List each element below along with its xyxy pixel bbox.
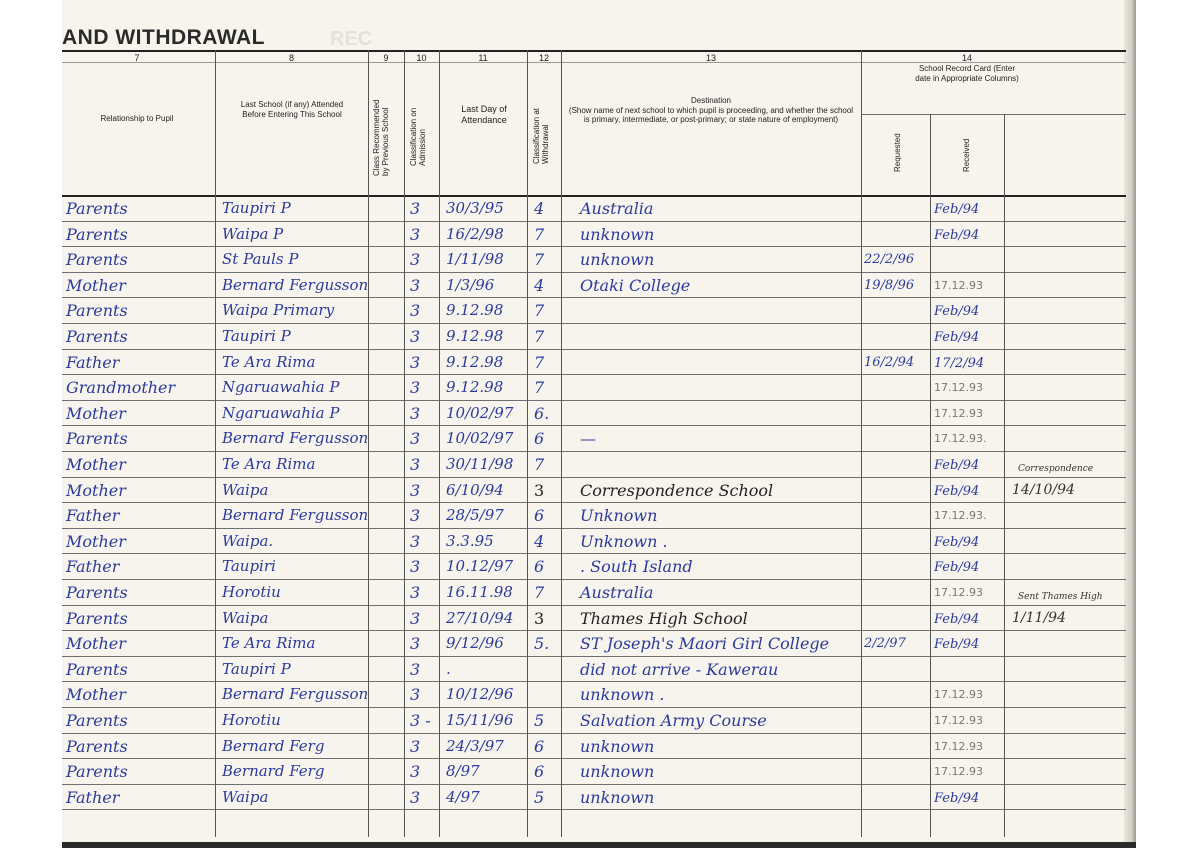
last-day-cell: 1/3/96 — [446, 278, 494, 293]
relationship-cell: Mother — [66, 687, 126, 703]
class-withdrawal-cell: 6 — [534, 764, 544, 780]
class-admission-cell: 3 — [410, 303, 420, 319]
class-admission-cell: 3 — [410, 764, 420, 780]
class-admission-cell: 3 — [410, 252, 420, 268]
row-rule — [62, 246, 1126, 247]
last-school-cell: Taupiri — [222, 559, 276, 574]
last-school-cell: Bernard Ferg — [222, 739, 324, 754]
class-admission-cell: 3 — [410, 457, 420, 473]
destination-cell: . South Island — [580, 559, 693, 575]
row-rule — [62, 605, 1126, 606]
column-rule — [368, 50, 369, 837]
class-admission-cell: 3 — [410, 611, 420, 627]
last-day-cell: 9.12.98 — [446, 355, 503, 370]
class-withdrawal-cell: 4 — [534, 201, 544, 217]
requested-cell: 2/2/97 — [864, 637, 906, 650]
last-school-cell: Bernard Fergusson — [222, 508, 368, 523]
col14-header: School Record Card (Enter date in Approp… — [912, 64, 1022, 83]
row-rule — [62, 502, 1126, 503]
last-school-cell: Te Ara Rima — [222, 355, 315, 370]
col14-requested-header: Requested — [893, 133, 902, 172]
relationship-cell: Parents — [66, 329, 128, 345]
last-day-cell: 10/12/96 — [446, 687, 513, 702]
col10-header: Classification onAdmission — [409, 108, 427, 166]
destination-cell: — — [580, 431, 596, 447]
row-rule — [62, 733, 1126, 734]
class-withdrawal-cell: 6 — [534, 431, 544, 447]
requested-cell: 16/2/94 — [864, 356, 914, 369]
last-day-cell: 4/97 — [446, 790, 480, 805]
row-rule — [62, 323, 1126, 324]
last-school-cell: Ngaruawahia P — [222, 380, 340, 395]
class-admission-cell: 3 — [410, 739, 420, 755]
last-day-cell: 8/97 — [446, 764, 480, 779]
last-school-cell: Waipa P — [222, 227, 283, 242]
relationship-cell: Parents — [66, 764, 128, 780]
last-school-cell: Bernard Fergusson — [222, 687, 368, 702]
row-rule — [62, 451, 1126, 452]
row-rule — [62, 349, 1126, 350]
last-school-cell: Taupiri P — [222, 201, 291, 216]
last-school-cell: Taupiri P — [222, 329, 291, 344]
row-rule — [62, 400, 1126, 401]
destination-cell: ST Joseph's Maori Girl College — [580, 636, 829, 652]
col12-header: Classification atWithdrawal — [532, 108, 550, 164]
row-rule — [62, 758, 1126, 759]
class-admission-cell: 3 - — [410, 713, 431, 729]
received-cell: Feb/94 — [934, 485, 979, 498]
row-rule — [62, 656, 1126, 657]
class-withdrawal-cell: 7 — [534, 252, 544, 268]
relationship-cell: Father — [66, 355, 119, 371]
row-rule — [62, 579, 1126, 580]
row-rule — [62, 630, 1126, 631]
destination-cell: Australia — [580, 201, 653, 217]
last-school-cell: Taupiri P — [222, 662, 291, 677]
class-withdrawal-cell: 6. — [534, 406, 549, 422]
class-withdrawal-cell: 5 — [534, 713, 544, 729]
last-day-cell: . — [446, 662, 451, 677]
received-cell: 17.12.93 — [934, 766, 983, 777]
class-withdrawal-cell: 6 — [534, 559, 544, 575]
record-card-note: Correspondence — [1018, 465, 1093, 474]
record-card-note: 1/11/94 — [1012, 611, 1066, 625]
class-admission-cell: 3 — [410, 687, 420, 703]
column-rule — [439, 50, 440, 837]
class-admission-cell: 3 — [410, 278, 420, 294]
received-cell: 17.12.93 — [934, 382, 983, 393]
column-rule — [861, 50, 862, 837]
class-admission-cell: 3 — [410, 380, 420, 396]
received-cell: Feb/94 — [934, 203, 979, 216]
page-title: AND WITHDRAWAL — [62, 26, 265, 50]
destination-cell: did not arrive - Kawerau — [580, 662, 778, 678]
class-admission-cell: 3 — [410, 662, 420, 678]
class-admission-cell: 3 — [410, 227, 420, 243]
relationship-cell: Father — [66, 508, 119, 524]
column-rule — [1004, 114, 1005, 837]
destination-cell: unknown — [580, 764, 654, 780]
received-cell: Feb/94 — [934, 613, 979, 626]
last-day-cell: 3.3.95 — [446, 534, 494, 549]
row-rule — [62, 272, 1126, 273]
relationship-cell: Father — [66, 790, 119, 806]
page-bottom-edge — [62, 842, 1136, 848]
col13-header: Destination (Show name of next school to… — [566, 96, 856, 125]
relationship-cell: Parents — [66, 227, 128, 243]
relationship-cell: Parents — [66, 739, 128, 755]
table-top-rule — [62, 50, 1126, 52]
row-rule — [62, 681, 1126, 682]
last-day-cell: 10.12/97 — [446, 559, 513, 574]
relationship-cell: Parents — [66, 431, 128, 447]
received-cell: 17.12.93 — [934, 587, 983, 598]
row-rule — [62, 553, 1126, 554]
col8-header: Last School (if any) Attended Before Ent… — [232, 100, 352, 119]
class-withdrawal-cell: 7 — [534, 585, 544, 601]
received-cell: 17.12.93 — [934, 280, 983, 291]
class-admission-cell: 3 — [410, 355, 420, 371]
relationship-cell: Parents — [66, 252, 128, 268]
relationship-cell: Mother — [66, 457, 126, 473]
destination-cell: Unknown . — [580, 534, 668, 550]
destination-cell: Unknown — [580, 508, 657, 524]
last-day-cell: 16.11.98 — [446, 585, 513, 600]
class-withdrawal-cell: 3 — [534, 611, 544, 627]
last-day-cell: 30/11/98 — [446, 457, 513, 472]
bleed-through-title: REC — [330, 28, 372, 51]
col9-header: Class Recommendedby Previous School — [372, 100, 390, 176]
received-cell: 17.12.93. — [934, 433, 986, 444]
class-withdrawal-cell: 6 — [534, 739, 544, 755]
last-day-cell: 24/3/97 — [446, 739, 504, 754]
last-day-cell: 10/02/97 — [446, 406, 513, 421]
column-rule — [561, 50, 562, 837]
class-withdrawal-cell: 5 — [534, 790, 544, 806]
destination-cell: Australia — [580, 585, 653, 601]
column-rule — [404, 50, 405, 837]
received-cell: Feb/94 — [934, 459, 979, 472]
row-rule — [62, 809, 1126, 810]
col14-received-header: Received — [962, 139, 971, 172]
last-school-cell: Waipa — [222, 611, 268, 626]
class-withdrawal-cell: 4 — [534, 278, 544, 294]
destination-cell: unknown — [580, 227, 654, 243]
received-cell: Feb/94 — [934, 561, 979, 574]
class-withdrawal-cell: 7 — [534, 329, 544, 345]
relationship-cell: Parents — [66, 713, 128, 729]
class-withdrawal-cell: 5. — [534, 636, 549, 652]
received-cell: 17.12.93 — [934, 689, 983, 700]
record-card-note: 14/10/94 — [1012, 483, 1075, 497]
last-day-cell: 9/12/96 — [446, 636, 504, 651]
received-cell: 17.12.93 — [934, 715, 983, 726]
class-admission-cell: 3 — [410, 585, 420, 601]
class-admission-cell: 3 — [410, 201, 420, 217]
received-cell: Feb/94 — [934, 331, 979, 344]
column-rule — [527, 50, 528, 837]
row-rule — [62, 477, 1126, 478]
class-withdrawal-cell: 6 — [534, 508, 544, 524]
class-withdrawal-cell: 4 — [534, 534, 544, 550]
received-cell: Feb/94 — [934, 792, 979, 805]
relationship-cell: Grandmother — [66, 380, 175, 396]
relationship-cell: Mother — [66, 534, 126, 550]
col7-header: Relationship to Pupil — [72, 114, 202, 124]
row-rule — [62, 374, 1126, 375]
destination-cell: unknown — [580, 790, 654, 806]
last-day-cell: 30/3/95 — [446, 201, 504, 216]
last-day-cell: 10/02/97 — [446, 431, 513, 446]
destination-cell: Thames High School — [580, 611, 748, 627]
header-number-rule — [62, 62, 1126, 63]
requested-cell: 19/8/96 — [864, 279, 914, 292]
received-cell: 17/2/94 — [934, 357, 984, 370]
requested-cell: 22/2/96 — [864, 253, 914, 266]
last-day-cell: 6/10/94 — [446, 483, 504, 498]
relationship-cell: Parents — [66, 303, 128, 319]
header-bottom-rule — [62, 195, 1126, 197]
class-admission-cell: 3 — [410, 636, 420, 652]
last-school-cell: Waipa Primary — [222, 303, 334, 318]
class-admission-cell: 3 — [410, 559, 420, 575]
class-withdrawal-cell: 3 — [534, 483, 544, 499]
received-cell: Feb/94 — [934, 638, 979, 651]
last-day-cell: 15/11/96 — [446, 713, 513, 728]
relationship-cell: Parents — [66, 201, 128, 217]
last-school-cell: Waipa — [222, 790, 268, 805]
relationship-cell: Parents — [66, 611, 128, 627]
last-day-cell: 9.12.98 — [446, 329, 503, 344]
class-admission-cell: 3 — [410, 329, 420, 345]
row-rule — [62, 297, 1126, 298]
class-withdrawal-cell: 7 — [534, 457, 544, 473]
last-school-cell: Waipa. — [222, 534, 273, 549]
relationship-cell: Parents — [66, 585, 128, 601]
destination-cell: Otaki College — [580, 278, 690, 294]
received-cell: 17.12.93 — [934, 741, 983, 752]
destination-cell: unknown . — [580, 687, 664, 703]
last-school-cell: Bernard Ferg — [222, 764, 324, 779]
last-school-cell: Bernard Fergusson — [222, 278, 368, 293]
last-day-cell: 1/11/98 — [446, 252, 504, 267]
relationship-cell: Mother — [66, 278, 126, 294]
row-rule — [62, 425, 1126, 426]
last-day-cell: 9.12.98 — [446, 303, 503, 318]
received-cell: 17.12.93. — [934, 510, 986, 521]
last-day-cell: 27/10/94 — [446, 611, 513, 626]
last-day-cell: 9.12.98 — [446, 380, 503, 395]
class-withdrawal-cell: 7 — [534, 303, 544, 319]
relationship-cell: Father — [66, 559, 119, 575]
column-rule — [930, 114, 931, 837]
received-cell: 17.12.93 — [934, 408, 983, 419]
last-school-cell: Waipa — [222, 483, 268, 498]
class-admission-cell: 3 — [410, 483, 420, 499]
class-admission-cell: 3 — [410, 534, 420, 550]
last-school-cell: Bernard Fergusson — [222, 431, 368, 446]
last-school-cell: Ngaruawahia P — [222, 406, 340, 421]
destination-cell: unknown — [580, 252, 654, 268]
register-table: 7 8 9 10 11 12 13 14 Relationship to Pup… — [62, 50, 1126, 840]
class-withdrawal-cell: 7 — [534, 227, 544, 243]
received-cell: Feb/94 — [934, 305, 979, 318]
last-school-cell: Horotiu — [222, 585, 281, 600]
record-card-note: Sent Thames High — [1018, 593, 1103, 602]
last-school-cell: Horotiu — [222, 713, 281, 728]
received-cell: Feb/94 — [934, 229, 979, 242]
col14-subheader-rule — [861, 114, 1126, 115]
destination-cell: Salvation Army Course — [580, 713, 767, 729]
destination-cell: unknown — [580, 739, 654, 755]
relationship-cell: Mother — [66, 636, 126, 652]
class-admission-cell: 3 — [410, 406, 420, 422]
relationship-cell: Mother — [66, 406, 126, 422]
relationship-cell: Mother — [66, 483, 126, 499]
last-day-cell: 28/5/97 — [446, 508, 504, 523]
column-rule — [215, 50, 216, 837]
class-admission-cell: 3 — [410, 431, 420, 447]
class-admission-cell: 3 — [410, 508, 420, 524]
class-withdrawal-cell: 7 — [534, 355, 544, 371]
relationship-cell: Parents — [66, 662, 128, 678]
col11-header: Last Day of Attendance — [449, 104, 519, 126]
row-rule — [62, 221, 1126, 222]
class-withdrawal-cell: 7 — [534, 380, 544, 396]
row-rule — [62, 707, 1126, 708]
row-rule — [62, 528, 1126, 529]
last-school-cell: Te Ara Rima — [222, 636, 315, 651]
destination-cell: Correspondence School — [580, 483, 773, 499]
last-school-cell: St Pauls P — [222, 252, 298, 267]
class-admission-cell: 3 — [410, 790, 420, 806]
last-school-cell: Te Ara Rima — [222, 457, 315, 472]
received-cell: Feb/94 — [934, 536, 979, 549]
row-rule — [62, 784, 1126, 785]
last-day-cell: 16/2/98 — [446, 227, 504, 242]
